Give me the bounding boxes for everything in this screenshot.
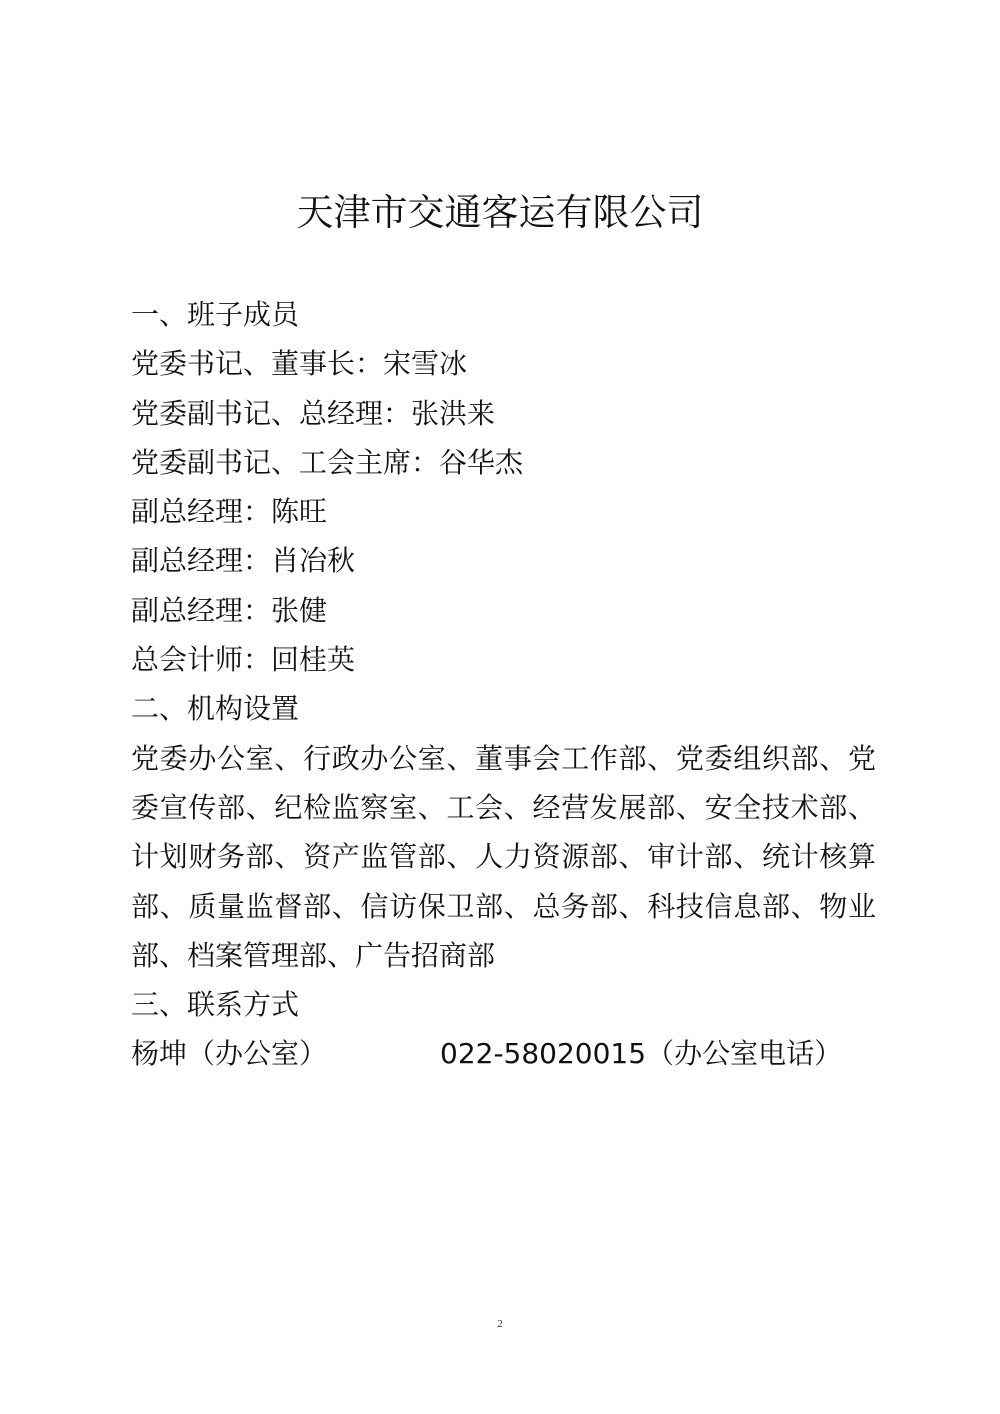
member-line: 副总经理：陈旺 bbox=[131, 487, 876, 536]
contact-name: 杨坤（办公室） bbox=[131, 1037, 327, 1070]
section-heading-leadership: 一、班子成员 bbox=[131, 290, 876, 339]
member-line: 党委副书记、工会主席：谷华杰 bbox=[131, 438, 876, 487]
contact-phone: 022-58020015（办公室电话） bbox=[440, 1029, 842, 1078]
section-heading-organization: 二、机构设置 bbox=[131, 684, 876, 733]
document-body: 一、班子成员 党委书记、董事长：宋雪冰 党委副书记、总经理：张洪来 党委副书记、… bbox=[131, 290, 876, 1079]
member-line: 副总经理：张健 bbox=[131, 586, 876, 635]
document-title: 天津市交通客运有限公司 bbox=[0, 188, 1000, 238]
member-line: 副总经理：肖冶秋 bbox=[131, 536, 876, 585]
contact-line: 杨坤（办公室） 022-58020015（办公室电话） bbox=[131, 1029, 876, 1078]
page-number: 2 bbox=[0, 1318, 1000, 1330]
department-list: 党委办公室、行政办公室、董事会工作部、党委组织部、党委宣传部、纪检监察室、工会、… bbox=[131, 734, 876, 980]
member-line: 党委副书记、总经理：张洪来 bbox=[131, 389, 876, 438]
member-line: 党委书记、董事长：宋雪冰 bbox=[131, 339, 876, 388]
member-line: 总会计师：回桂英 bbox=[131, 635, 876, 684]
section-heading-contact: 三、联系方式 bbox=[131, 980, 876, 1029]
